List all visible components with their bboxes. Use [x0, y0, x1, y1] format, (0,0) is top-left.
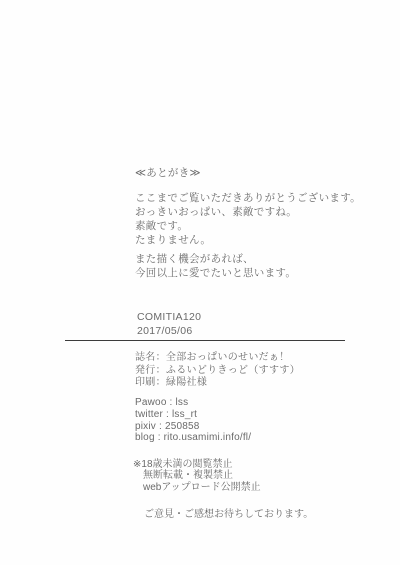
afterword-line: また描く機会があれば、 [135, 252, 296, 266]
publication-value: 緑陽社様 [166, 377, 207, 388]
publication-label: 発行 [135, 365, 156, 376]
link-service: blog [135, 432, 155, 443]
prohibition-notices: ※18歳未満の閲覧禁止 無断転載・複製禁止 webアップロード公開禁止 [133, 459, 261, 493]
contact-links: Pawoo : lss twitter : lss_rt pixiv : 250… [135, 397, 251, 444]
notice-no-reproduction: 無断転載・複製禁止 [133, 470, 261, 481]
link-row-twitter: twitter : lss_rt [135, 409, 251, 421]
publication-info: 誌名：全部おっぱいのせいだぁ！ 発行：ふるいどりきっど（すすす） 印刷：緑陽社様 [135, 352, 300, 390]
link-separator: : [167, 397, 176, 408]
publication-label: 誌名 [135, 352, 156, 363]
link-separator: : [155, 432, 164, 443]
event-date: 2017/05/06 [137, 325, 201, 339]
publication-row-printer: 印刷：緑陽社様 [135, 377, 300, 390]
publication-label: 印刷 [135, 377, 156, 388]
link-row-blog: blog : rito.usamimi.info/fl/ [135, 432, 251, 444]
notice-no-upload: webアップロード公開禁止 [133, 482, 261, 493]
afterword-paragraph-1: ここまでご覧いただきありがとうございます。 おっきいおっぱい、素敵ですね。 素敵… [135, 191, 361, 247]
link-service: pixiv [135, 421, 156, 432]
publication-separator: ： [156, 377, 166, 388]
link-service: twitter [135, 409, 163, 420]
link-separator: : [163, 409, 172, 420]
afterword-paragraph-2: また描く機会があれば、 今回以上に愛でたいと思います。 [135, 252, 296, 280]
link-row-pawoo: Pawoo : lss [135, 397, 251, 409]
publication-separator: ： [156, 365, 166, 376]
event-name: COMITIA120 [137, 311, 201, 325]
link-handle: lss [176, 397, 189, 408]
closing-message: ご意見・ご感想お待ちしております。 [144, 505, 313, 520]
section-title: ≪あとがき≫ [135, 166, 201, 180]
event-block: COMITIA120 2017/05/06 [137, 311, 201, 338]
afterword-line: 今回以上に愛でたいと思います。 [135, 266, 296, 280]
link-handle: 250858 [165, 421, 200, 432]
link-row-pixiv: pixiv : 250858 [135, 421, 251, 433]
afterword-line: たまりません。 [135, 233, 361, 247]
link-separator: : [156, 421, 165, 432]
afterword-line: 素敵です。 [135, 219, 361, 233]
publication-value: 全部おっぱいのせいだぁ！ [166, 352, 290, 363]
afterword-line: ここまでご覧いただきありがとうございます。 [135, 191, 361, 205]
notice-age-restriction: ※18歳未満の閲覧禁止 [133, 459, 261, 470]
afterword-line: おっきいおっぱい、素敵ですね。 [135, 205, 361, 219]
publication-value: ふるいどりきっど（すすす） [166, 365, 300, 376]
link-service: Pawoo [135, 397, 167, 408]
horizontal-divider [65, 340, 345, 341]
afterword-page: ≪あとがき≫ ここまでご覧いただきありがとうございます。 おっきいおっぱい、素敵… [0, 0, 400, 565]
publication-separator: ： [156, 352, 166, 363]
link-handle: lss_rt [172, 409, 197, 420]
publication-row-circle: 発行：ふるいどりきっど（すすす） [135, 365, 300, 378]
publication-row-title: 誌名：全部おっぱいのせいだぁ！ [135, 352, 300, 365]
link-url: rito.usamimi.info/fl/ [164, 432, 252, 443]
